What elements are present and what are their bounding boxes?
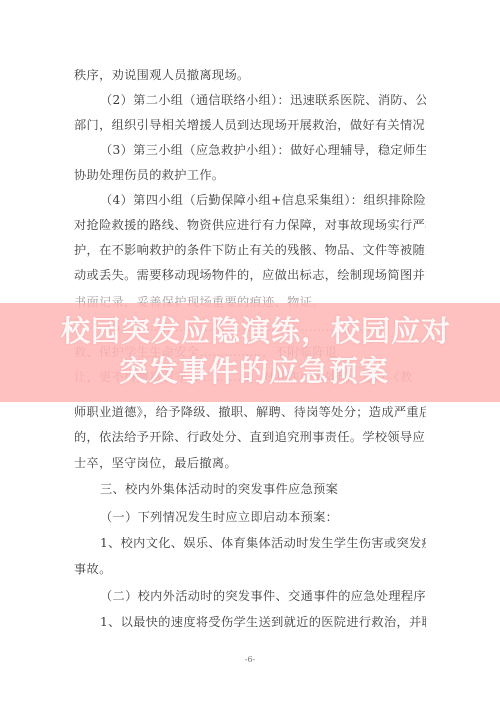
text-line-9: 动或丢失。需要移动现场物件的，应做出标志，绘制现场简图并写出 xyxy=(74,268,426,282)
text-line-15: 的，依法给予开除、行政处分、直到追究刑事责任。学校领导应身先 xyxy=(74,430,426,444)
page-number: -6- xyxy=(0,655,500,664)
text-line-3: 部门，组织引导相关增援人员到达现场开展救治，做好有关情况记录。 xyxy=(74,118,426,132)
banner-title-line-2: 突发事件的应急预案 xyxy=(4,355,500,387)
text-line-18: （一）下列情况发生时应立即启动本预案： xyxy=(100,510,426,524)
banner-title-line-1: 校园突发应隐演练，校园应对 xyxy=(6,315,500,347)
text-line-6: （4）第四小组（后勤保障小组+信息采集组）：组织排除险情， xyxy=(100,193,426,207)
text-line-19: 1、校内文化、娱乐、体育集体活动时发生学生伤害或突发疾病 xyxy=(100,536,426,550)
text-line-20: 事故。 xyxy=(74,562,426,576)
text-line-4: （3）第三小组（应急救护小组）：做好心理辅导，稳定师生情绪， xyxy=(100,143,426,157)
section-heading-3: 三、校内外集体活动时的突发事件应急预案 xyxy=(100,482,426,496)
text-line-14: 师职业道德》，给予降级、撤职、解聘、待岗等处分；造成严重后果 xyxy=(74,405,426,419)
text-line-2: （2）第二小组（通信联络小组）：迅速联系医院、消防、公安等 xyxy=(100,93,426,107)
text-line-1: 秩序，劝说围观人员撤离现场。 xyxy=(74,68,426,82)
text-line-5: 协助处理伤员的救护工作。 xyxy=(74,168,426,182)
text-line-7: 对抢险救援的路线、物资供应进行有力保障，对事故现场实行严格保 xyxy=(74,218,426,232)
text-line-16: 士卒，坚守岗位，最后撤离。 xyxy=(74,456,426,470)
text-line-21: （二）校内外活动时的突发事件、交通事件的应急处理程序 ： xyxy=(100,589,426,603)
text-line-22: 1、以最快的速度将受伤学生送到就近的医院进行救治，并联系 xyxy=(100,615,426,629)
text-line-8: 护，在不影响救护的条件下防止有关的残骸、物品、文件等被随意挪 xyxy=(74,243,426,257)
